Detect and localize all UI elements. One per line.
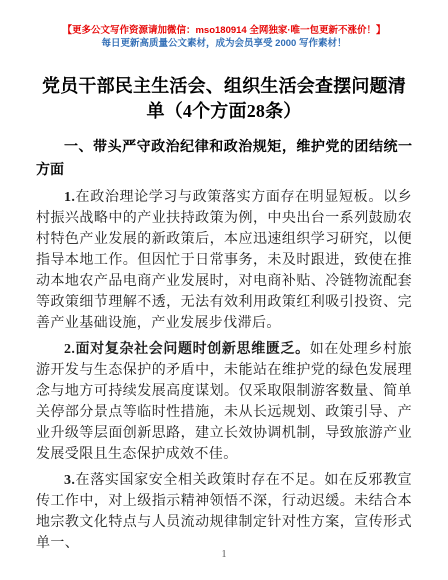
document-page: 【更多公文写作资源请加微信：mso180914 全网独家·唯一包更新不涨价！】 … (0, 0, 448, 580)
section-heading: 一、带头严守政治纪律和政治规矩，维护党的团结统一方面 (36, 136, 412, 182)
paragraph-3: 3.在落实国家安全相关政策时存在不足。如在反邪教宣传工作中，对上级指示精神领悟不… (36, 470, 412, 554)
paragraph-1-lead: 1. (64, 190, 75, 205)
paragraph-2: 2.面对复杂社会问题时创新思维匮乏。如在处理乡村旅游开发与生态保护的矛盾中，未能… (36, 339, 412, 465)
watermark-line2: 每日更新高质量公文素材，成为会员享受 2000 写作素材！ (36, 37, 412, 50)
watermark-line1: 【更多公文写作资源请加微信：mso180914 全网独家·唯一包更新不涨价！】 (36, 24, 412, 37)
paragraph-2-lead: 2.面对复杂社会问题时创新思维匮乏。 (64, 342, 310, 357)
paragraph-3-text: 在落实国家安全相关政策时存在不足。如在反邪教宣传工作中，对上级指示精神领悟不深，… (36, 473, 412, 551)
document-title: 党员干部民主生活会、组织生活会查摆问题清单（4个方面28条） (36, 74, 412, 124)
page-number: 1 (0, 549, 448, 560)
watermark-header: 【更多公文写作资源请加微信：mso180914 全网独家·唯一包更新不涨价！】 … (36, 24, 412, 50)
paragraph-3-lead: 3. (64, 473, 75, 488)
paragraph-2-text: 如在处理乡村旅游开发与生态保护的矛盾中，未能站在维护党的绿色发展理念与地方可持续… (36, 342, 412, 462)
paragraph-1-text: 在政治理论学习与政策落实方面存在明显短板。以乡村振兴战略中的产业扶持政策为例，中… (36, 190, 412, 331)
paragraph-1: 1.在政治理论学习与政策落实方面存在明显短板。以乡村振兴战略中的产业扶持政策为例… (36, 187, 412, 334)
